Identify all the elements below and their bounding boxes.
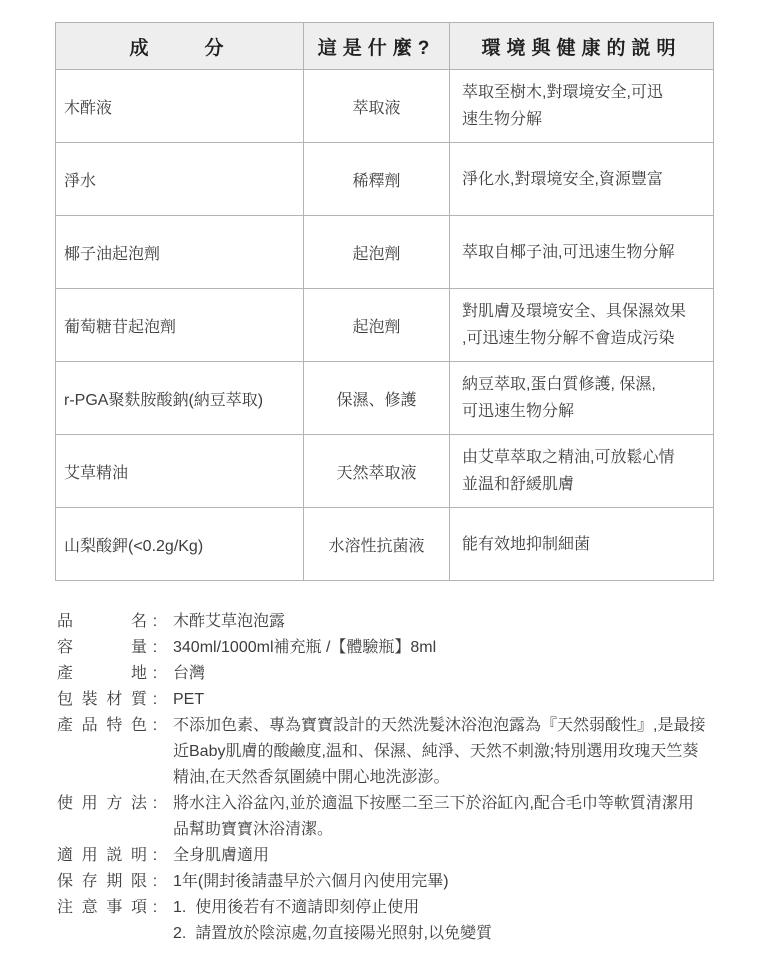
cell-ingredient: 山梨酸鉀(<0.2g/Kg)	[56, 508, 304, 581]
spec-row-product-features: 產品特色 : 不添加色素、專為寶寶設計的天然洗髮沐浴泡泡露為『天然弱酸性』,是最…	[57, 713, 757, 791]
cell-ingredient: 木酢液	[56, 70, 304, 143]
spec-value: 木酢艾草泡泡露	[173, 609, 757, 635]
spec-value: 將水注入浴盆內,並於適温下按壓二至三下於浴缸內,配合毛巾等軟質清潔用 品幫助寶寶…	[173, 791, 757, 843]
spec-row-usage-instructions: 使用方法 : 將水注入浴盆內,並於適温下按壓二至三下於浴缸內,配合毛巾等軟質清潔…	[57, 791, 757, 843]
spec-colon: :	[147, 635, 163, 661]
spec-row-capacity: 容量 : 340ml/1000ml補充瓶 /【體驗瓶】8ml	[57, 635, 757, 661]
spec-row-origin: 產地 : 台灣	[57, 661, 757, 687]
spec-value: 台灣	[173, 661, 757, 687]
cell-ingredient: 椰子油起泡劑	[56, 216, 304, 289]
spec-label: 品名	[57, 609, 147, 635]
cell-description: 對肌膚及環境安全、具保濕效果 ,可迅速生物分解不會造成污染	[450, 289, 714, 362]
spec-colon: :	[147, 687, 163, 713]
column-header-what-is-it: 這是什麼?	[304, 23, 450, 70]
ingredients-table: 成 分 這是什麼? 環境與健康的説明 木酢液 萃取液 萃取至樹木,對環境安全,可…	[55, 22, 714, 581]
spec-value: 全身肌膚適用	[173, 843, 757, 869]
spec-row-packaging-material: 包裝材質 : PET	[57, 687, 757, 713]
spec-label: 容量	[57, 635, 147, 661]
spec-label: 保存期限	[57, 869, 147, 895]
cell-type: 萃取液	[304, 70, 450, 143]
spec-label: 包裝材質	[57, 687, 147, 713]
table-row: 艾草精油 天然萃取液 由艾草萃取之精油,可放鬆心情 並温和舒緩肌膚	[56, 435, 714, 508]
spec-value: 不添加色素、專為寶寶設計的天然洗髮沐浴泡泡露為『天然弱酸性』,是最接 近Baby…	[173, 713, 757, 791]
spec-label: 產品特色	[57, 713, 147, 739]
spec-value: PET	[173, 687, 757, 713]
cell-ingredient: 葡萄糖苷起泡劑	[56, 289, 304, 362]
cell-description: 萃取至樹木,對環境安全,可迅 速生物分解	[450, 70, 714, 143]
spec-colon: :	[147, 661, 163, 687]
spec-row-shelf-life: 保存期限 : 1年(開封後請盡早於六個月內使用完畢)	[57, 869, 757, 895]
cell-type: 天然萃取液	[304, 435, 450, 508]
table-row: 淨水 稀釋劑 淨化水,對環境安全,資源豐富	[56, 143, 714, 216]
spec-value: 340ml/1000ml補充瓶 /【體驗瓶】8ml	[173, 635, 757, 661]
table-row: 木酢液 萃取液 萃取至樹木,對環境安全,可迅 速生物分解	[56, 70, 714, 143]
spec-label: 使用方法	[57, 791, 147, 817]
table-row: 葡萄糖苷起泡劑 起泡劑 對肌膚及環境安全、具保濕效果 ,可迅速生物分解不會造成污…	[56, 289, 714, 362]
table-row: r-PGA聚麩胺酸鈉(納豆萃取) 保濕、修護 納豆萃取,蛋白質修護, 保濕, 可…	[56, 362, 714, 435]
table-row: 山梨酸鉀(<0.2g/Kg) 水溶性抗菌液 能有效地抑制細菌	[56, 508, 714, 581]
spec-colon: :	[147, 791, 163, 817]
column-header-ingredient: 成 分	[56, 23, 304, 70]
spec-colon: :	[147, 895, 163, 921]
table-row: 椰子油起泡劑 起泡劑 萃取自椰子油,可迅速生物分解	[56, 216, 714, 289]
spec-label: 注意事項	[57, 895, 147, 921]
cell-ingredient: 淨水	[56, 143, 304, 216]
spec-row-applicability: 適用説明 : 全身肌膚適用	[57, 843, 757, 869]
spec-row-precautions: 注意事項 : 1. 使用後若有不適請即刻停止使用 2. 請置放於陰涼處,勿直接陽…	[57, 895, 757, 947]
cell-description: 淨化水,對環境安全,資源豐富	[450, 143, 714, 216]
cell-description: 能有效地抑制細菌	[450, 508, 714, 581]
header-row: 成 分 這是什麼? 環境與健康的説明	[56, 23, 714, 70]
cell-type: 水溶性抗菌液	[304, 508, 450, 581]
spec-label: 適用説明	[57, 843, 147, 869]
cell-type: 保濕、修護	[304, 362, 450, 435]
cell-description: 萃取自椰子油,可迅速生物分解	[450, 216, 714, 289]
cell-ingredient: 艾草精油	[56, 435, 304, 508]
cell-ingredient: r-PGA聚麩胺酸鈉(納豆萃取)	[56, 362, 304, 435]
product-info-sheet: 成 分 這是什麼? 環境與健康的説明 木酢液 萃取液 萃取至樹木,對環境安全,可…	[0, 0, 770, 969]
spec-label: 產地	[57, 661, 147, 687]
cell-type: 起泡劑	[304, 289, 450, 362]
spec-row-product-name: 品名 : 木酢艾草泡泡露	[57, 609, 757, 635]
column-header-environment-health: 環境與健康的説明	[450, 23, 714, 70]
spec-value: 1年(開封後請盡早於六個月內使用完畢)	[173, 869, 757, 895]
spec-colon: :	[147, 713, 163, 739]
cell-description: 由艾草萃取之精油,可放鬆心情 並温和舒緩肌膚	[450, 435, 714, 508]
product-spec-list: 品名 : 木酢艾草泡泡露 容量 : 340ml/1000ml補充瓶 /【體驗瓶】…	[57, 609, 757, 947]
cell-type: 起泡劑	[304, 216, 450, 289]
spec-value: 1. 使用後若有不適請即刻停止使用 2. 請置放於陰涼處,勿直接陽光照射,以免變…	[173, 895, 757, 947]
spec-colon: :	[147, 843, 163, 869]
cell-type: 稀釋劑	[304, 143, 450, 216]
spec-colon: :	[147, 869, 163, 895]
cell-description: 納豆萃取,蛋白質修護, 保濕, 可迅速生物分解	[450, 362, 714, 435]
spec-colon: :	[147, 609, 163, 635]
